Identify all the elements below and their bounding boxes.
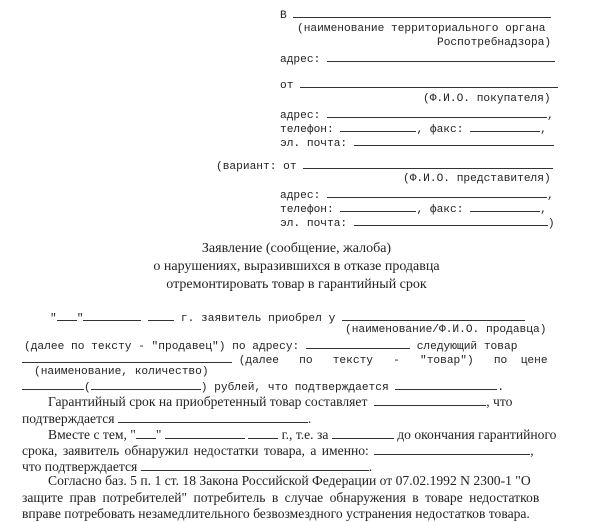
- document-title-line-3: отремонтировать товар в гарантийный срок: [0, 276, 593, 294]
- rep-address-field[interactable]: [327, 186, 547, 198]
- goods-field[interactable]: [22, 351, 232, 363]
- representative-name-field[interactable]: [303, 157, 553, 169]
- buyer-email-line: эл. почта:: [280, 134, 554, 151]
- defect-before-text: г., т.е. за: [282, 427, 329, 442]
- seller-hint: (наименование/Ф.И.О. продавца): [345, 323, 546, 337]
- buyer-address-field[interactable]: [327, 106, 547, 118]
- recipient-line: В: [280, 6, 551, 23]
- buyer-fax-field[interactable]: [470, 120, 540, 132]
- rep-phone-field[interactable]: [340, 200, 416, 212]
- defect-month-field[interactable]: [165, 426, 245, 439]
- days-before-end-field[interactable]: [332, 426, 394, 439]
- defect-year-field[interactable]: [248, 426, 278, 439]
- purchase-month-field[interactable]: [83, 309, 141, 321]
- document-title-line-1: Заявление (сообщение, жалоба): [0, 240, 593, 258]
- recipient-address-line: адрес:: [280, 50, 555, 67]
- recipient-address-field[interactable]: [327, 50, 555, 62]
- quote: ": [50, 313, 57, 325]
- close-paren: ): [548, 218, 555, 230]
- law-text-line-2: защите прав потребителей" потребитель в …: [22, 490, 539, 506]
- defect-end-text: до окончания гарантийного: [397, 427, 556, 442]
- variant-prefix: (вариант: от: [216, 161, 297, 173]
- representative-hint: (Ф.И.О. представителя): [403, 172, 551, 186]
- recipient-field[interactable]: [293, 6, 551, 18]
- warranty-period-field[interactable]: [374, 393, 486, 406]
- defects-text: срока, заявитель обнаружил недостатки то…: [22, 443, 369, 458]
- comma: ,: [530, 443, 533, 458]
- rep-fax-field[interactable]: [470, 200, 540, 212]
- to-prefix: В: [280, 10, 287, 22]
- defects-proof-field[interactable]: [141, 458, 369, 471]
- price-proof-field[interactable]: [395, 378, 497, 390]
- defects-field[interactable]: [374, 442, 530, 455]
- seller-address-field[interactable]: [306, 337, 410, 349]
- comma: ,: [547, 190, 554, 202]
- quote: ": [77, 313, 84, 325]
- warranty-proof-line: подтверждается .: [22, 410, 311, 427]
- address-label: адрес:: [280, 54, 320, 66]
- rep-email-field[interactable]: [354, 214, 548, 226]
- goods-hint: (наименование, количество): [34, 365, 209, 379]
- purchase-day-field[interactable]: [57, 309, 77, 321]
- warranty-proof-field[interactable]: [118, 410, 308, 423]
- recipient-hint-2: Роспотребнадзора): [437, 36, 551, 50]
- seller-field[interactable]: [342, 309, 525, 321]
- warranty-text-end: , что: [486, 394, 512, 409]
- defects-line: срока, заявитель обнаружил недостатки то…: [22, 442, 534, 459]
- period: .: [369, 459, 372, 474]
- law-text-line-3: вправе потребовать незамедлительного без…: [22, 506, 530, 522]
- document-title-line-2: о нарушениях, выразившихся в отказе прод…: [0, 258, 593, 276]
- rep-email-label: эл. почта:: [280, 218, 347, 230]
- purchase-year-field[interactable]: [148, 309, 174, 321]
- buyer-phone-field[interactable]: [340, 120, 416, 132]
- goods-price-text: (далее по тексту - "товар") по цене: [239, 355, 548, 367]
- sender-hint: (Ф.И.О. покупателя): [423, 92, 551, 106]
- defect-date-line: Вместе с тем, "" г., т.е. за до окончани…: [48, 426, 556, 443]
- from-prefix: от: [280, 80, 293, 92]
- period: .: [308, 411, 311, 426]
- price-digits-field[interactable]: [22, 378, 84, 390]
- price-words-field[interactable]: [91, 378, 201, 390]
- rep-email-line: эл. почта: ): [280, 214, 555, 231]
- sender-line: от: [280, 76, 558, 93]
- quote: ": [156, 427, 162, 442]
- defects-proof-text: что подтверждается: [22, 459, 137, 474]
- warranty-text: Гарантийный срок на приобретенный товар …: [48, 394, 367, 409]
- sender-name-field[interactable]: [300, 76, 558, 88]
- law-text-line-1: Согласно баз. 5 п. 1 ст. 18 Закона Росси…: [48, 473, 531, 489]
- warranty-proof-text: подтверждается: [22, 411, 114, 426]
- purchase-text: г. заявитель приобрел у: [181, 313, 335, 325]
- defect-date-text: Вместе с тем, ": [48, 427, 136, 442]
- warranty-line: Гарантийный срок на приобретенный товар …: [48, 393, 512, 410]
- defect-day-field[interactable]: [136, 426, 156, 439]
- buyer-email-field[interactable]: [354, 134, 554, 146]
- comma: ,: [547, 110, 554, 122]
- buyer-email-label: эл. почта:: [280, 138, 347, 150]
- recipient-hint-1: (наименование территориального органа: [297, 22, 545, 36]
